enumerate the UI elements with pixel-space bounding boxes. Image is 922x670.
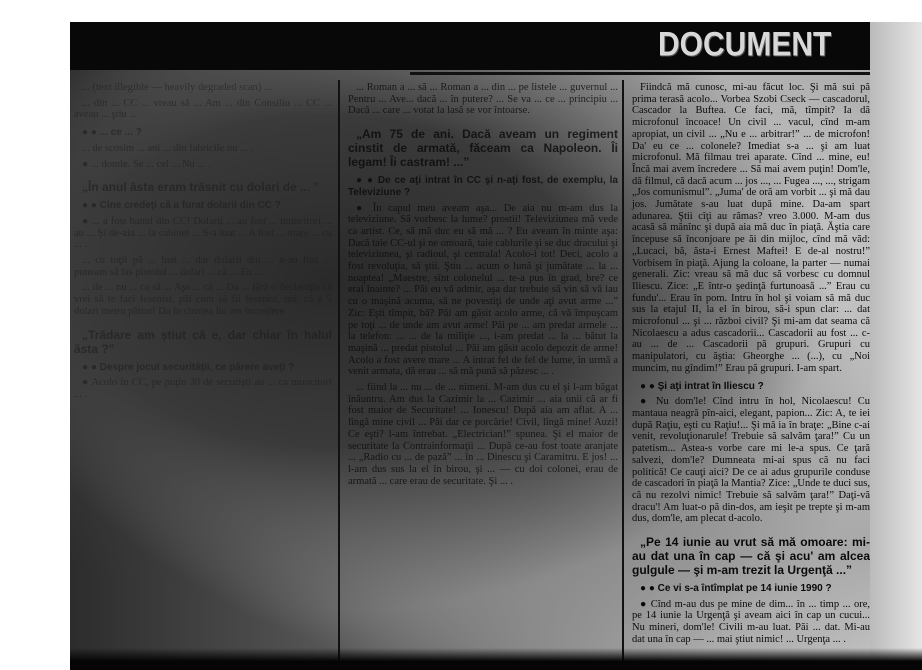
pull-quote-heading: „Am 75 de ani. Dacă aveam un regiment ci… <box>348 127 618 169</box>
paragraph: ... din ... CC ... vreau să ... Am ... d… <box>74 98 332 121</box>
paragraph: ... de scosim ... ani ... din fabricile … <box>74 143 332 155</box>
interview-question: ● ● Despre jocul securităţii, ce părere … <box>74 362 332 374</box>
article-column-1: ... (text illegible — heavily degraded s… <box>74 82 332 405</box>
interview-question: ● ● Cine credeţi că a furat dolarii din … <box>74 200 332 212</box>
pull-quote-heading: „Trădare am ştiut că e, dar chiar în hal… <box>74 328 332 356</box>
interview-question: ● ● Şi aţi intrat în Iliescu ? <box>632 381 870 393</box>
section-header-band: DOCUMENT <box>70 22 870 70</box>
paragraph: ● Acolo în CC, pe puţin 30 de securişti … <box>74 377 332 400</box>
paragraph: ● Nu dom'le! Cînd intru în hol, Nicolaes… <box>632 396 870 525</box>
paragraph: ... (text illegible — heavily degraded s… <box>74 82 332 94</box>
paragraph: ● ... a fost banul din CC! Dolarii ... a… <box>74 216 332 251</box>
interview-question: ● ● ... ce ... ? <box>74 127 332 139</box>
column-divider <box>338 80 340 670</box>
column-divider <box>622 80 624 670</box>
pull-quote-heading: „În anul ăsta eram trăsnit cu dolari de … <box>74 180 332 194</box>
interview-question: ● ● De ce aţi intrat în CC şi n-aţi fost… <box>348 175 618 198</box>
paragraph: ... fiind la ... nu ... de ... nimeni. M… <box>348 382 618 487</box>
paragraph: ● ... domle. Se ... cel ... Nu ... . <box>74 159 332 171</box>
interview-question: ● ● Ce vi s-a întîmplat pe 14 iunie 1990… <box>632 583 870 595</box>
paragraph: ● În capul meu aveam aşa... De aia nu m-… <box>348 203 618 379</box>
section-title: DOCUMENT <box>658 25 831 64</box>
paragraph: ... cu toţii pă ... luat ... dar dolarii… <box>74 255 332 278</box>
paragraph: ● Cînd m-au dus pe mine de dim... în ...… <box>632 599 870 646</box>
newspaper-page-scan: DOCUMENT ... (text illegible — heavily d… <box>70 22 922 670</box>
article-column-2: ... Roman a ... să ... Roman a ... din .… <box>348 82 618 491</box>
pull-quote-heading: „Pe 14 iunie au vrut să mă omoare: mi-au… <box>632 535 870 577</box>
article-column-3: Fiindcă mă cunosc, mi-au făcut loc. Şi m… <box>632 82 870 650</box>
header-rule <box>410 72 890 75</box>
page-margin <box>870 22 922 670</box>
paragraph: ... de ... nu ... ca să ... Aşa ... că .… <box>74 282 332 317</box>
paragraph: Fiindcă mă cunosc, mi-au făcut loc. Şi m… <box>632 82 870 375</box>
scan-shadow <box>70 648 922 670</box>
paragraph: ... Roman a ... să ... Roman a ... din .… <box>348 82 618 117</box>
